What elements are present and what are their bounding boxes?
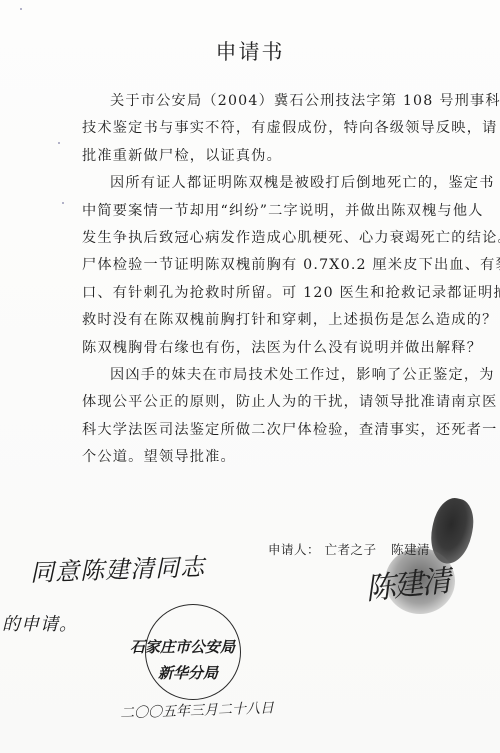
applicant-relation: 亡者之子 — [325, 542, 377, 557]
paragraph-2-line-3: 发生争执后致冠心病发作造成心肌梗死、心力衰竭死亡的结论。 — [82, 225, 482, 252]
scan-speck — [58, 142, 60, 144]
paragraph-1-line-3: 批准重新做尸检，以证真伪。 — [82, 143, 482, 170]
paragraph-3-line-2: 体现公平公正的原则，防止人为的干扰，请领导批准请南京医 — [82, 389, 482, 416]
approval-date: 二〇〇五年三月二十八日 — [120, 697, 275, 722]
paragraph-2-line-2: 中简要案情一节却用“纠纷”二字说明，并做出陈双槐与他人 — [82, 198, 482, 225]
paragraph-2-line-6: 救时没有在陈双槐前胸打针和穿刺，上述损伤是怎么造成的？ — [82, 307, 482, 334]
approval-org-line-2: 新华分局 — [158, 662, 218, 683]
paragraph-2-line-7: 陈双槐胸骨右缘也有伤，法医为什么没有说明并做出解释？ — [82, 335, 482, 362]
applicant-signature: 陈建清 — [363, 556, 451, 609]
paragraph-2-line-5: 口、有针刺孔为抢救时所留。可 120 医生和抢救记录都证明抢 — [82, 280, 482, 307]
paragraph-3-line-4: 个公道。望领导批准。 — [82, 444, 482, 471]
approval-line-1: 同意陈建清同志 — [29, 547, 205, 588]
applicant-line: 申请人： 亡者之子 陈建清 — [268, 540, 430, 558]
paragraph-2-line-4: 尸体检验一节证明陈双槐前胸有 0.7X0.2 厘米皮下出血、有裂 — [82, 252, 482, 279]
document-body: 关于市公安局（2004）冀石公刑技法字第 108 号刑事科学 技术鉴定书与事实不… — [82, 88, 482, 471]
document-title: 申请书 — [0, 36, 500, 66]
paragraph-3-line-1: 因凶手的妹夫在市局技术处工作过，影响了公正鉴定，为 — [82, 362, 482, 389]
paragraph-3-line-3: 科大学法医司法鉴定所做二次尸体检验，查清事实，还死者一 — [82, 417, 482, 444]
paragraph-1-line-1: 关于市公安局（2004）冀石公刑技法字第 108 号刑事科学 — [82, 88, 482, 115]
applicant-label: 申请人： — [268, 542, 320, 557]
paragraph-1-line-2: 技术鉴定书与事实不符，有虚假成份，特向各级领导反映，请 — [82, 115, 482, 142]
approval-line-2: 的申请。 — [2, 610, 78, 636]
paragraph-2-line-1: 因所有证人都证明陈双槐是被殴打后倒地死亡的，鉴定书 — [82, 170, 482, 197]
document-page: 申请书 关于市公安局（2004）冀石公刑技法字第 108 号刑事科学 技术鉴定书… — [0, 0, 500, 753]
scan-speck — [62, 202, 64, 204]
applicant-name: 陈建清 — [391, 542, 430, 557]
approval-org-line-1: 石家庄市公安局 — [130, 636, 235, 657]
scan-speck — [20, 8, 22, 10]
